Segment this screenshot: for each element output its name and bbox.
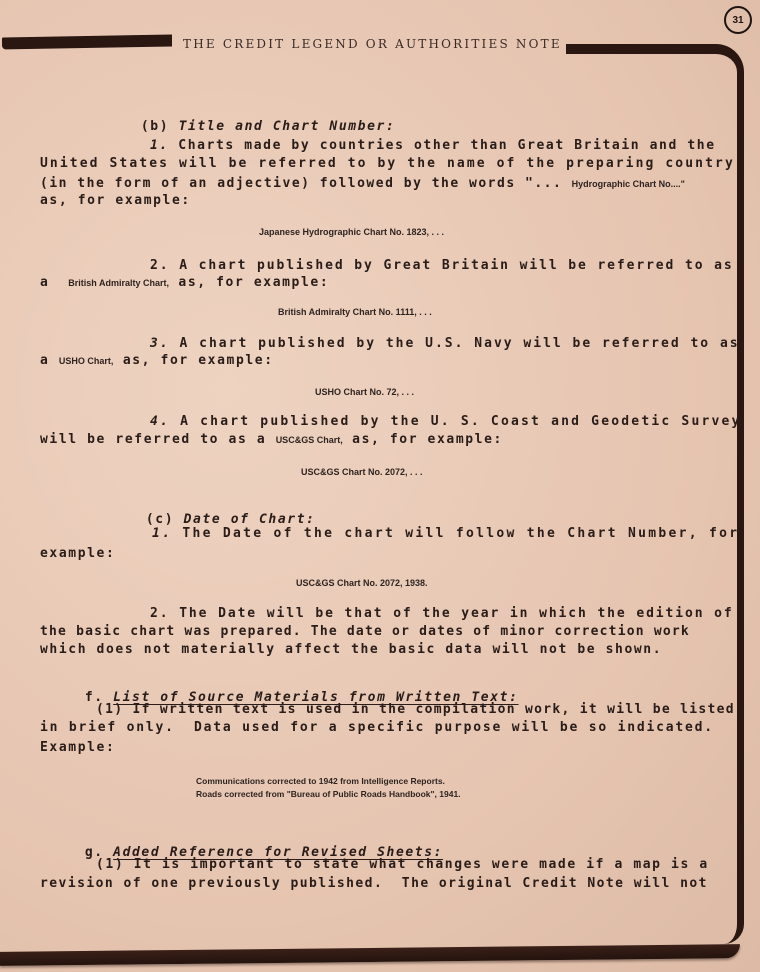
b3-line2: a USHO Chart, as, for example: — [40, 353, 274, 368]
b1-line1: 1. Charts made by countries other than G… — [150, 138, 716, 153]
section-g-heading: g. Added Reference for Revised Sheets: — [66, 830, 443, 860]
footer-rule — [0, 944, 740, 966]
b1-line2: United States will be referred to by the… — [40, 156, 735, 171]
b1-line4: as, for example: — [40, 193, 191, 208]
b1-example: Japanese Hydrographic Chart No. 1823, . … — [259, 227, 444, 237]
section-c-title: Date of Chart: — [184, 512, 316, 527]
section-c-heading: (c) Date of Chart: — [127, 497, 316, 527]
b4-line2: will be referred to as a USC&GS Chart, a… — [40, 432, 503, 447]
b4-example: USC&GS Chart No. 2072, . . . — [301, 467, 423, 477]
c2-line2: the basic chart was prepared. The date o… — [40, 624, 690, 639]
b3-example: USHO Chart No. 72, . . . — [315, 387, 414, 397]
f1-line2: in brief only. Data used for a specific … — [40, 720, 714, 735]
c1-line1: 1. The Date of the chart will follow the… — [152, 526, 739, 541]
c1-line2: example: — [40, 546, 115, 561]
section-b-label: (b) — [141, 119, 169, 134]
b2-line1: 2. A chart published by Great Britain wi… — [150, 258, 734, 273]
f1-line1: (1) If written text is used in the compi… — [96, 702, 735, 717]
f1-example-1: Communications corrected to 1942 from In… — [196, 776, 445, 786]
section-f-heading: f. List of Source Materials from Written… — [66, 675, 519, 705]
f1-line3: Example: — [40, 740, 115, 755]
section-b-heading: (b) Title and Chart Number: — [122, 104, 395, 134]
g1-line1: (1) It is important to state what change… — [96, 857, 709, 872]
f1-example-2: Roads corrected from "Bureau of Public R… — [196, 789, 461, 799]
page-number-badge: 31 — [724, 6, 752, 34]
b2-example: British Admiralty Chart No. 1111, . . . — [278, 307, 432, 317]
b3-line1: 3. A chart published by the U.S. Navy wi… — [150, 336, 740, 351]
section-c-label: (c) — [146, 512, 174, 527]
header-title: THE CREDIT LEGEND OR AUTHORITIES NOTE — [183, 37, 562, 51]
c2-line1: 2. The Date will be that of the year in … — [150, 606, 734, 621]
section-b-title: Title and Chart Number: — [179, 119, 396, 134]
b4-line1: 4. A chart published by the U. S. Coast … — [150, 414, 742, 429]
b2-line2: a British Admiralty Chart, as, for examp… — [40, 275, 329, 290]
header-rule-left — [2, 35, 172, 50]
b1-line3: (in the form of an adjective) followed b… — [40, 176, 685, 191]
c2-line3: which does not materially affect the bas… — [40, 642, 662, 657]
g1-line2: revision of one previously published. Th… — [40, 876, 708, 891]
c1-example: USC&GS Chart No. 2072, 1938. — [296, 578, 428, 588]
